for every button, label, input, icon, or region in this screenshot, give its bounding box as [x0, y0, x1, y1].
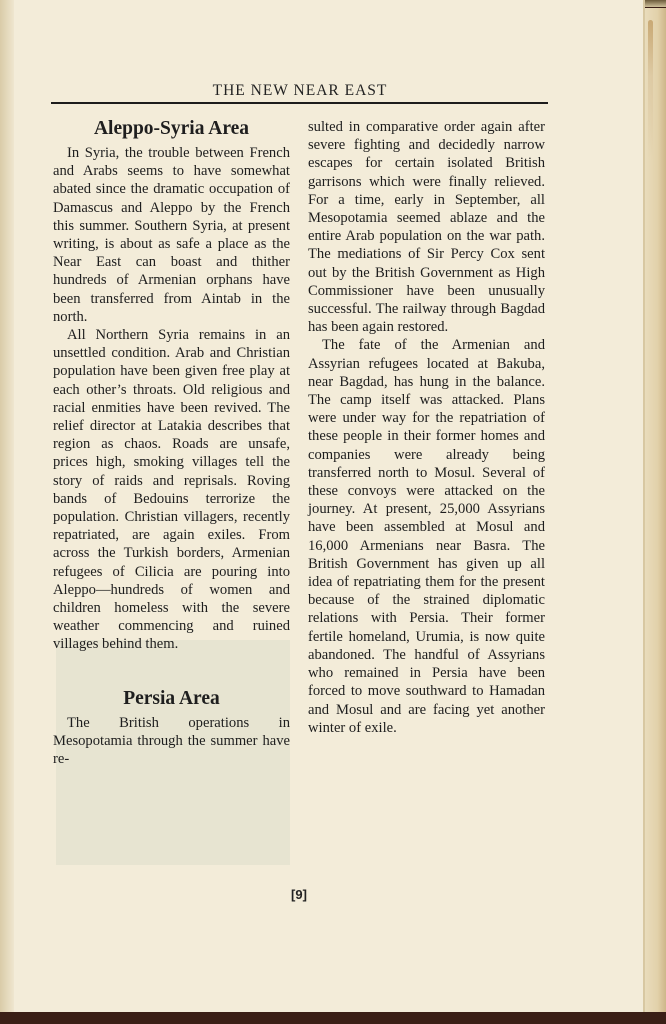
running-head: THE NEW NEAR EAST: [50, 82, 550, 100]
book-page: THE NEW NEAR EAST Aleppo-Syria Area In S…: [0, 0, 645, 1012]
paragraph: All Northern Syria remains in an unsettl…: [53, 326, 290, 654]
page-gutter: [0, 0, 14, 1012]
page-number: [9]: [284, 887, 314, 902]
paragraph: In Syria, the trouble between French and…: [53, 144, 290, 326]
header-rule: [51, 102, 548, 104]
section-title-aleppo-syria: Aleppo-Syria Area: [53, 118, 290, 140]
paragraph: The British operations in Mesopotamia th…: [53, 714, 290, 769]
foxing-stain: [648, 20, 653, 160]
left-column: Aleppo-Syria Area In Syria, the trouble …: [53, 118, 290, 768]
right-column: sulted in comparative order again after …: [308, 118, 545, 737]
page-fore-edge: [645, 8, 666, 1012]
section-title-persia: Persia Area: [53, 688, 290, 710]
paragraph-continuation: sulted in comparative order again after …: [308, 118, 545, 336]
paragraph: The fate of the Armenian and Assyrian re…: [308, 336, 545, 736]
